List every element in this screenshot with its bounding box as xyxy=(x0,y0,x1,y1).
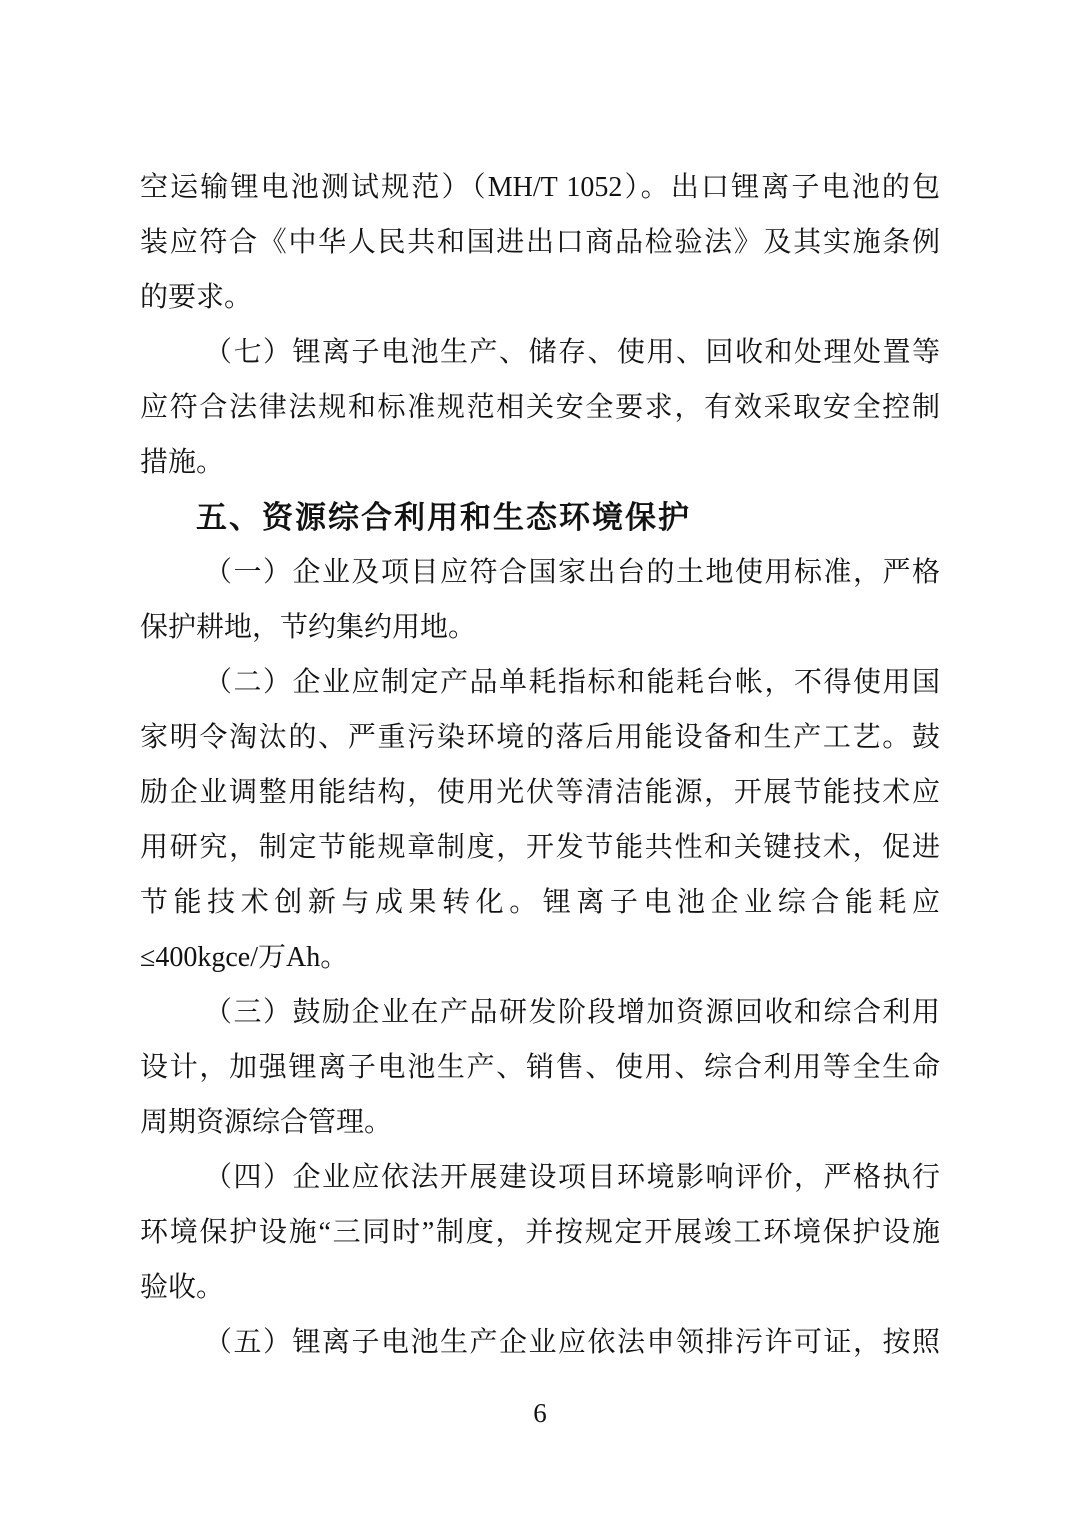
body-line: 励企业调整用能结构，使用光伏等清洁能源，开展节能技术应 xyxy=(140,765,940,820)
body-line: （一）企业及项目应符合国家出台的土地使用标准，严格 xyxy=(140,545,940,600)
body-line: ≤400kgce/万Ah。 xyxy=(140,930,940,985)
page-number: 6 xyxy=(533,1398,547,1428)
body-line: 空运输锂电池测试规范）（MH/T 1052）。出口锂离子电池的包 xyxy=(140,160,940,215)
body-line: 家明令淘汰的、严重污染环境的落后用能设备和生产工艺。鼓 xyxy=(140,710,940,765)
body-line: （五）锂离子电池生产企业应依法申领排污许可证，按照 xyxy=(140,1315,940,1370)
document-page: 空运输锂电池测试规范）（MH/T 1052）。出口锂离子电池的包 装应符合《中华… xyxy=(0,0,1080,1526)
body-line: 应符合法律法规和标准规范相关安全要求，有效采取安全控制 xyxy=(140,380,940,435)
body-line: （三）鼓励企业在产品研发阶段增加资源回收和综合利用 xyxy=(140,985,940,1040)
body-line: 保护耕地，节约集约用地。 xyxy=(140,600,940,655)
body-line: 用研究，制定节能规章制度，开发节能共性和关键技术，促进 xyxy=(140,820,940,875)
body-line: 措施。 xyxy=(140,435,940,490)
body-line: 设计，加强锂离子电池生产、销售、使用、综合利用等全生命 xyxy=(140,1040,940,1095)
body-line: 周期资源综合管理。 xyxy=(140,1095,940,1150)
page-footer: 6 xyxy=(0,1398,1080,1429)
body-line: 节能技术创新与成果转化。锂离子电池企业综合能耗应 xyxy=(140,875,940,930)
body-line: 验收。 xyxy=(140,1260,940,1315)
body-line: （二）企业应制定产品单耗指标和能耗台帐，不得使用国 xyxy=(140,655,940,710)
body-line: 装应符合《中华人民共和国进出口商品检验法》及其实施条例 xyxy=(140,215,940,270)
body-line: （七）锂离子电池生产、储存、使用、回收和处理处置等 xyxy=(140,325,940,380)
body-line: 的要求。 xyxy=(140,270,940,325)
body-line: 环境保护设施“三同时”制度，并按规定开展竣工环境保护设施 xyxy=(140,1205,940,1260)
body-line: （四）企业应依法开展建设项目环境影响评价，严格执行 xyxy=(140,1150,940,1205)
text-block: 空运输锂电池测试规范）（MH/T 1052）。出口锂离子电池的包 装应符合《中华… xyxy=(140,160,940,1370)
section-heading: 五、资源综合利用和生态环境保护 xyxy=(140,490,940,545)
